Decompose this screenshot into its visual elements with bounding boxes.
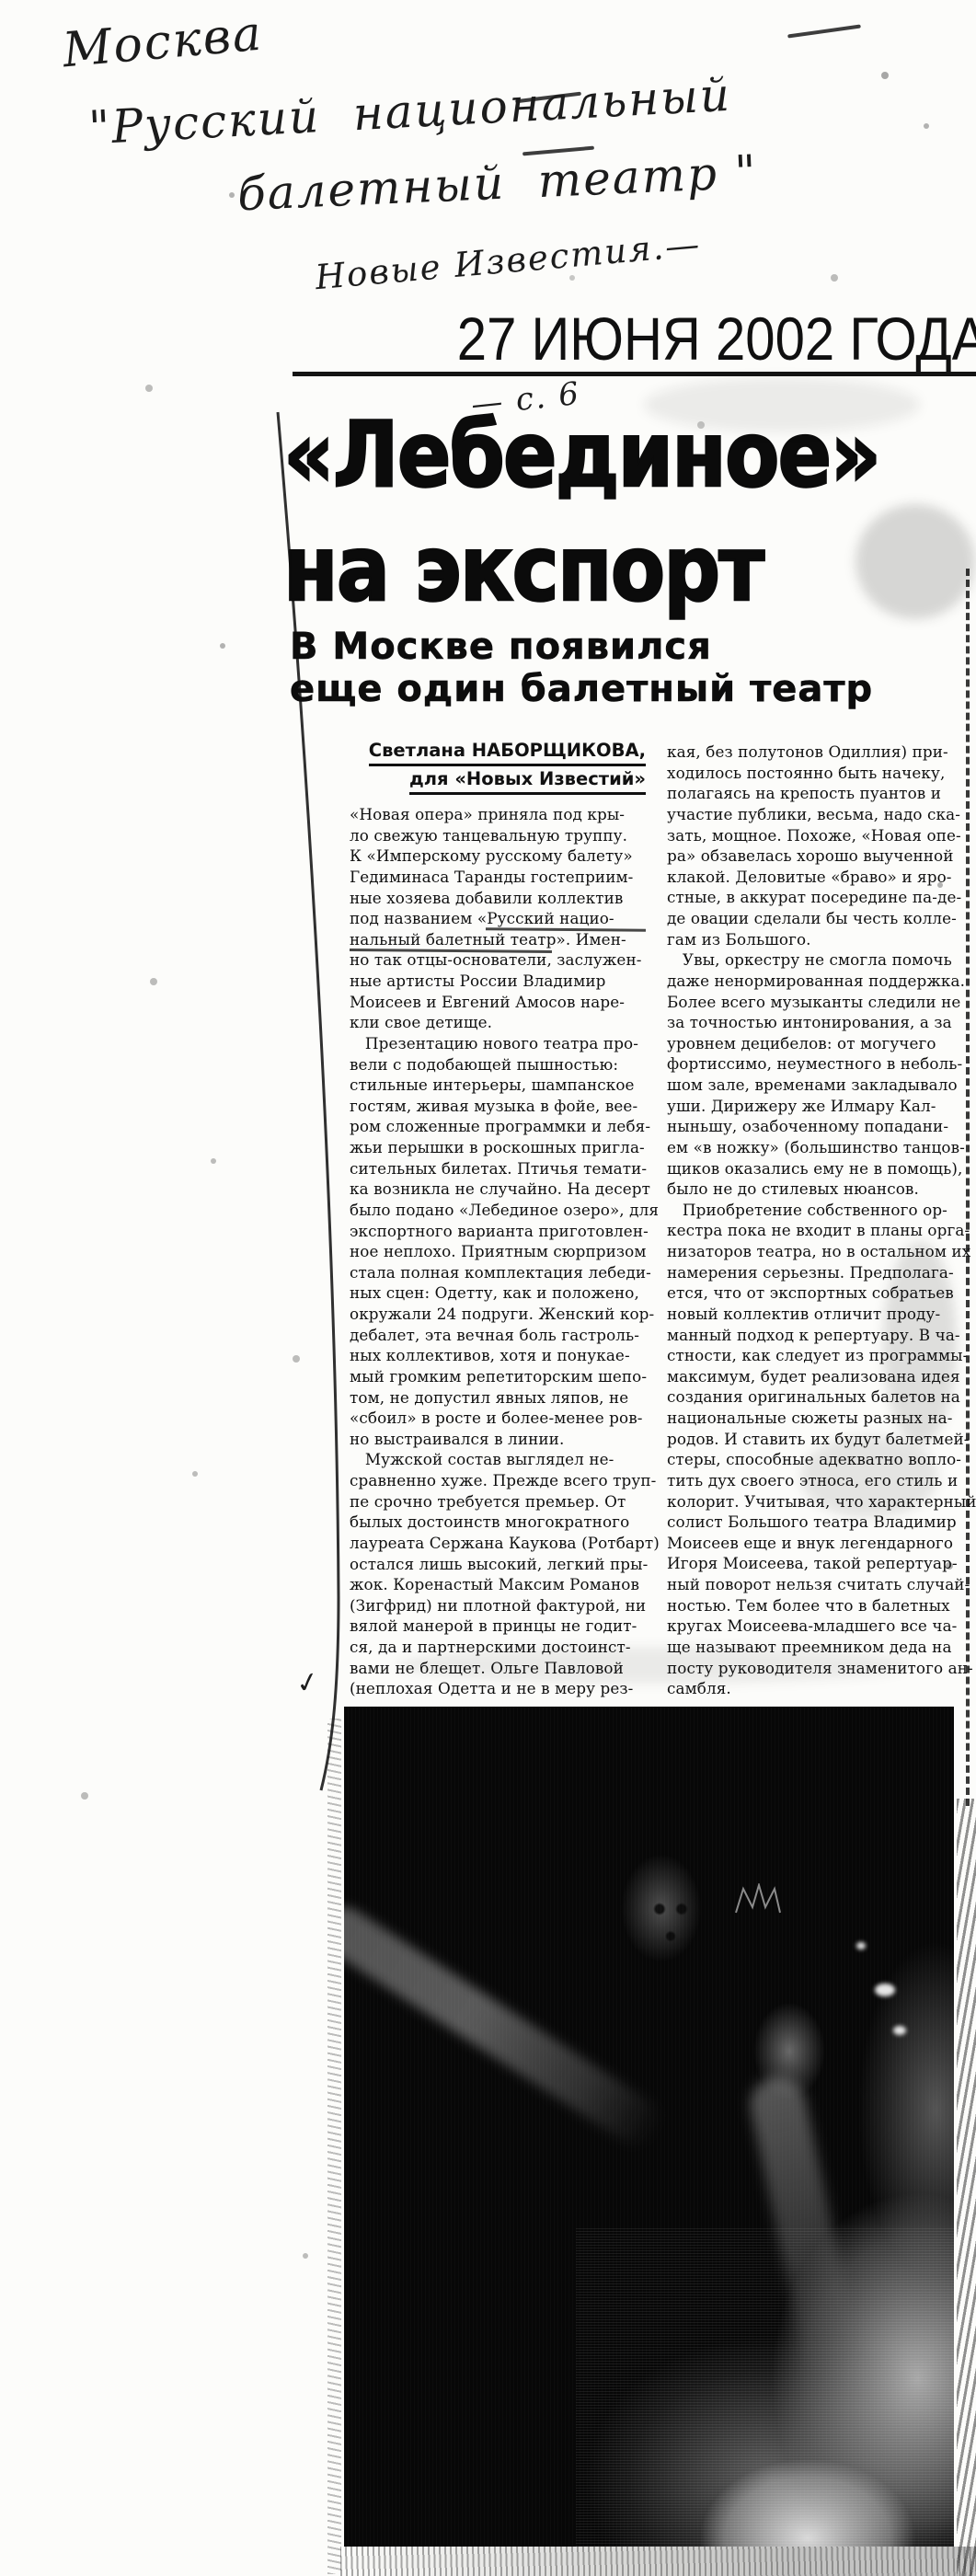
byline: Светлана НАБОРЩИКОВА, для «Новых Извести… [350,738,646,795]
scan-noise-right-band [957,1799,976,2576]
scan-smudge-2 [644,377,920,432]
handwritten-theatre-name-line1: "Русский национальный [87,68,732,155]
subhead-line2: еще один балетный театр [290,668,873,710]
ballet-performance-photo [344,1707,954,2547]
handwritten-city: Москва [61,6,265,79]
scan-speckles [0,0,4,4]
byline-author: Светлана НАБОРЩИКОВА, [369,738,646,766]
byline-publication: для «Новых Известий» [409,766,646,795]
subhead-line1: В Москве появился [290,626,712,668]
body-column-right: кая, без полутонов Одиллия) при- ходилос… [667,742,975,1699]
headline-line2: на экспорт [283,517,764,622]
scan-noise-left-band [327,1719,341,2574]
pen-dash-mark-right [787,24,861,38]
handwritten-theatre-name-line2: балетный театр " [236,145,759,222]
column-divider-dashed-rule [966,569,970,1806]
scan-smudge-5 [396,1647,911,1684]
scan-smudge-4 [800,1435,938,1518]
newspaper-clipping-scan: Москва "Русский национальный балетный те… [0,0,976,2576]
scan-smudge-1 [855,504,975,619]
body-column-left: «Новая опера» приняла под кры- ло свежую… [350,804,658,1699]
handwritten-source-note: Новые Известия.— [314,224,703,297]
photo-grain [344,1707,954,2547]
scan-smudge-3 [883,1242,957,1444]
masthead-rule [293,372,976,376]
scan-noise-bottom-strip [340,2547,976,2576]
masthead-date: 27 ИЮНЯ 2002 ГОДА [457,304,975,374]
